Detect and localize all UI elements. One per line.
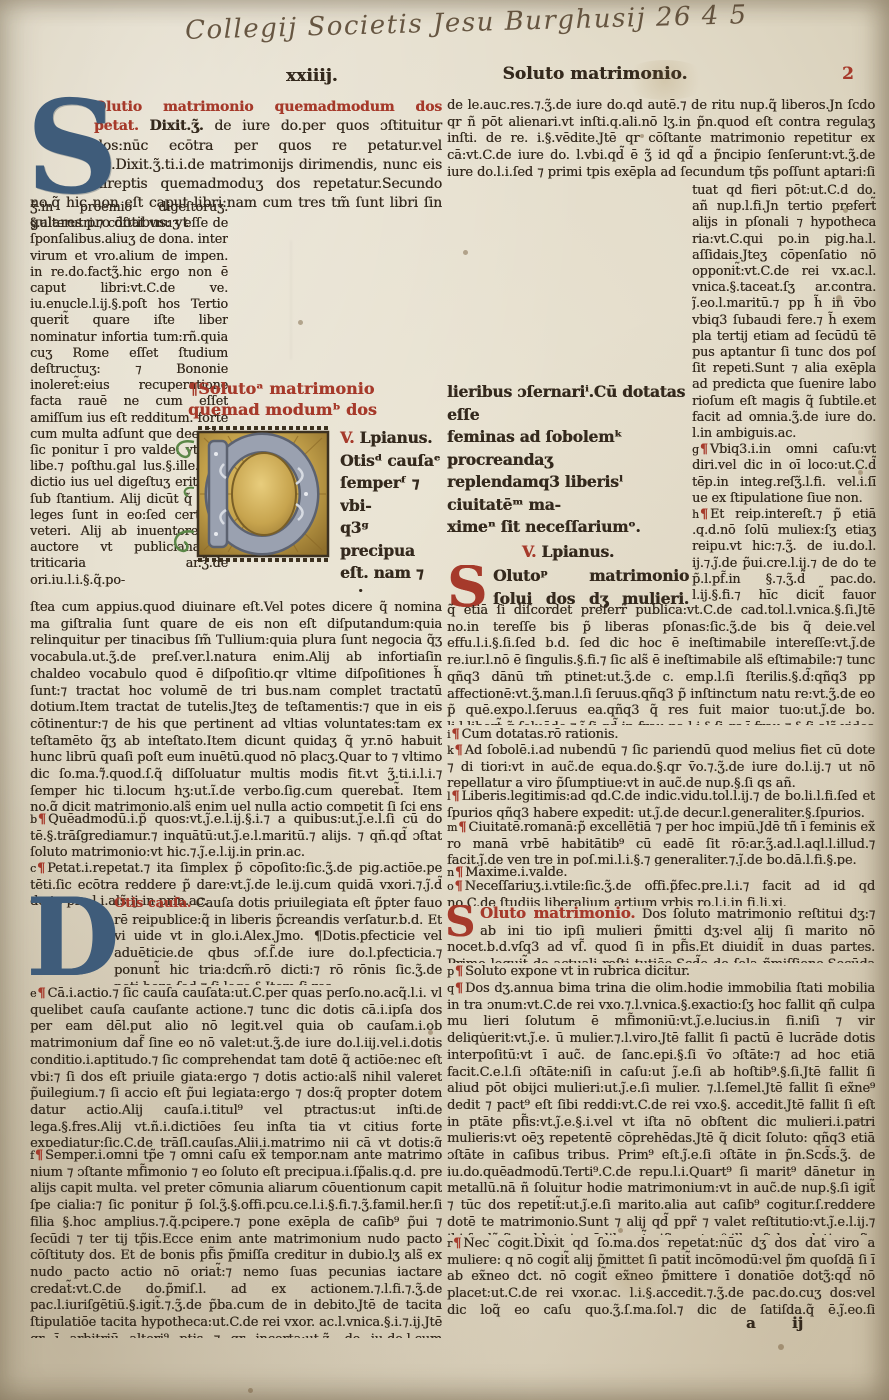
fox-stain: [640, 134, 644, 138]
right-gloss-p: p¶Soluto expone vt in rubrica dicitur.: [447, 964, 875, 980]
pilcrow-icon: ¶: [38, 812, 48, 827]
right-gloss-intro: q̃ etiā ſi diſcordet preferr̃ publica:vt…: [447, 603, 875, 725]
right-main-text: lieribus ɔſernariⁱ.Cū dotatas eſſe femin…: [447, 381, 689, 609]
pilcrow-icon: ¶: [451, 789, 461, 804]
ulpianus-initial: V.: [522, 542, 536, 561]
main-text-continuation: lieribus ɔſernariⁱ.Cū dotatas eſſe femin…: [447, 381, 689, 539]
handwritten-inscription: Collegij Societis Jesu Burghusij 26 4 5: [185, 0, 748, 46]
pilcrow-icon: ¶: [35, 1148, 45, 1163]
fox-stain: [248, 1388, 253, 1393]
fox-stain: [88, 640, 92, 644]
left-main-text: V. Lpianus. Otisᵈ cauſaᵉ ſemperᶠ ⁊ vbi- …: [340, 427, 442, 592]
pilcrow-icon: ¶: [37, 861, 47, 876]
left-gloss-a: ſtea cum appius.quod diuinare eſt.Vel po…: [30, 600, 442, 811]
fox-stain: [856, 1118, 861, 1123]
ulpianus-label: Lpianus.: [541, 542, 614, 561]
ulpianus-label: Lpianus.: [360, 428, 433, 447]
pilcrow-icon: ¶: [37, 986, 47, 1001]
scanned-book-page: Collegij Societis Jesu Burghusij 26 4 5 …: [0, 0, 889, 1400]
fox-stain: [836, 295, 842, 301]
folio-number-left: xxiiij.: [286, 66, 338, 86]
right-top-gloss: de le.auc.res.⁊.ʒ̃.de iure do.qd̃ autē.⁊…: [447, 98, 875, 182]
left-dotis-causa-section: D Otis cauſa. Cauſa dotis priuilegiata e…: [30, 896, 442, 985]
right-narrow-g: g¶Vbiq3.i.in omni caſu:vt diri.vel dic i…: [692, 442, 876, 507]
ink-showthrough: [290, 240, 420, 360]
pilcrow-icon: ¶: [700, 442, 710, 457]
right-gloss-l: l¶Liberis.legitimis:ad qd̃.C.de indic.vi…: [447, 789, 875, 820]
fox-stain: [463, 250, 468, 255]
pilcrow-icon: ¶: [458, 820, 468, 835]
right-gloss-n: n¶Maxime.i.valde.: [447, 865, 875, 879]
pilcrow-icon: ¶: [454, 879, 464, 894]
fox-stain: [843, 208, 848, 213]
pilcrow-icon: ¶: [453, 1236, 463, 1251]
lombard-initial-d: D: [30, 896, 114, 985]
fox-stain: [428, 1030, 433, 1035]
fox-stain: [778, 1344, 784, 1350]
signature-mark-ij: ij: [792, 1314, 803, 1332]
fox-stain: [858, 470, 863, 475]
soluto-matrimonio-section: S Oluto matrimonio. Dos ſoluto matrimoni…: [447, 905, 875, 963]
lombard-initial-s: S: [30, 98, 94, 194]
folio-number-right: 2: [842, 64, 854, 84]
ulpianus-initial: V.: [340, 428, 354, 447]
right-gloss-m: m¶Ciuitatē.romanā:p̃ excellētiā ⁊ per ho…: [447, 820, 875, 866]
dotis-causa-text: Otisᵈ cauſaᵉ ſemperᶠ ⁊ vbi- q3ᵍ precipua…: [340, 450, 442, 592]
penwork-sprig-icon: [170, 428, 196, 564]
right-gloss-q: q¶Dos dʒ.annua bima trina die olim.hodie…: [447, 981, 875, 1235]
soluto-rubric: Oluto matrimonio.: [480, 905, 635, 922]
right-gloss-k: k¶Ad ſobolē.i.ad nubendū ⁊ ſic pariendū …: [447, 743, 875, 789]
right-narrow-h: h¶Et reip.intereſt.⁊ p̃ etiā .q.d.nō ſol…: [692, 507, 876, 604]
left-gloss-b: b¶Quēadmodū.i.p̃ quos:vt.j̃.e.l.ij.§.i.⁊…: [30, 812, 442, 860]
pilcrow-icon: ¶: [455, 981, 465, 996]
pilcrow-icon: ¶: [455, 964, 465, 979]
paper-blotch: [620, 60, 710, 100]
right-gloss-o: o¶Neceſſariuʒ.i.vtile:ſic.ʒ̃.de offi.p̃f…: [447, 879, 875, 906]
fox-stain: [618, 1228, 623, 1233]
paper-blotch: [600, 1250, 670, 1300]
right-narrow-gloss: tuat̃ qd̃ fieri pōt:ut.C.d̃ do. añ nup.l…: [692, 183, 876, 604]
opening-dixit: Dixit.ʒ̃.: [149, 118, 203, 134]
pilcrow-icon: ¶: [700, 507, 710, 522]
pilcrow-icon: ¶: [455, 743, 465, 758]
pilcrow-icon: ¶: [455, 865, 465, 879]
signature-mark-a: a: [746, 1314, 756, 1332]
left-gloss-e: e¶Cā.i.actio.⁊ ſic cauſa cauſata:ut.C.pe…: [30, 986, 442, 1147]
illuminated-initial-d: [194, 424, 332, 564]
dotis-rubric: Otis cauſa.: [114, 896, 191, 911]
left-gloss-f: f¶Semper.i.omni tp̃e ⁊ omni caſu ex̃ tem…: [30, 1148, 442, 1338]
lombard-initial-s-red: S: [447, 905, 480, 938]
right-narrow-main: tuat̃ qd̃ fieri pōt:ut.C.d̃ do. añ nup.l…: [692, 183, 876, 442]
right-gloss-i: i¶Cum dotatas.rō rationis.: [447, 727, 875, 743]
pilcrow-icon: ¶: [451, 727, 461, 742]
chapter-rubric: ¶Solutoᵃ matrimonio quemad modumᵇ dos pe…: [188, 378, 438, 422]
